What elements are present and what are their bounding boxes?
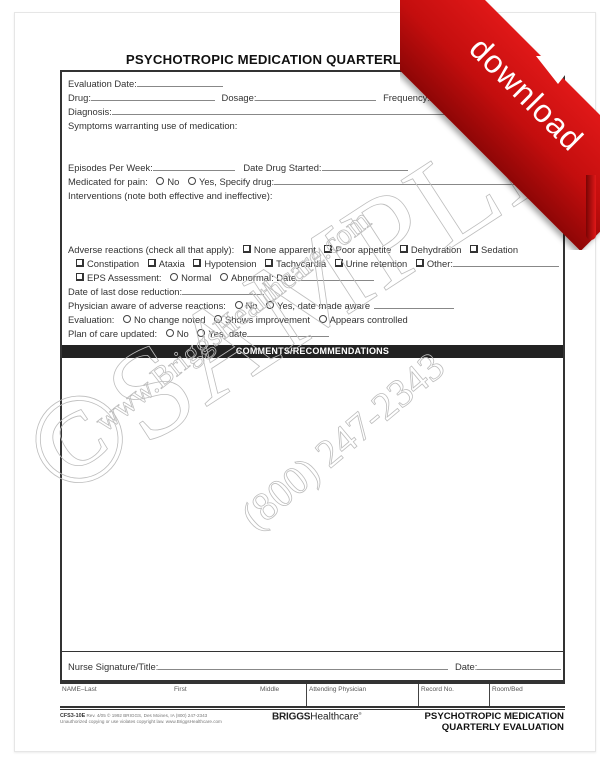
date-started-label: Date Drug Started: <box>243 162 321 173</box>
plan-yes-radio[interactable] <box>197 329 205 337</box>
adverse-checkbox[interactable] <box>324 245 332 253</box>
adverse-other-field[interactable] <box>453 258 559 267</box>
signature-divider <box>62 651 563 652</box>
last-dose-field[interactable] <box>182 286 264 295</box>
physician-row: Physician aware of adverse reactions: No… <box>68 300 454 311</box>
adverse-checkbox[interactable] <box>265 259 273 267</box>
evaluation-radio[interactable] <box>319 315 327 323</box>
diagnosis-label: Diagnosis: <box>68 106 112 117</box>
adverse-checkbox[interactable] <box>243 245 251 253</box>
dosage-field[interactable] <box>256 92 376 101</box>
evaluation-date-field[interactable] <box>137 78 223 87</box>
nurse-signature-row: Nurse Signature/Title: Date: <box>68 661 561 672</box>
footer-rule <box>60 706 565 708</box>
footer-fineprint: CFS3-10E Rev. 4/05 © 1992 BRIGGS, Des Mo… <box>60 713 222 725</box>
drug-label: Drug: <box>68 92 91 103</box>
physician-yes-radio[interactable] <box>266 301 274 309</box>
name-middle-label: Middle <box>260 686 279 693</box>
adverse-checkbox[interactable] <box>193 259 201 267</box>
adverse-checkbox[interactable] <box>76 259 84 267</box>
pain-yes-radio[interactable] <box>188 177 196 185</box>
logo-light: Healthcare <box>310 711 358 722</box>
physician-no-label: No <box>246 300 258 311</box>
adverse-option: Constipation <box>87 258 139 269</box>
copyright-notice: Unauthorized copying or use violates cop… <box>60 719 222 724</box>
physician-yes-label: Yes, date made aware <box>277 300 370 311</box>
column-divider <box>306 684 307 706</box>
form-revision: Rev. 4/05 © 1992 BRIGGS, Des Moines, IA … <box>86 713 207 718</box>
evaluation-date-label: Evaluation Date: <box>68 78 137 89</box>
evaluation-row: Evaluation: No change noted Shows improv… <box>68 314 408 325</box>
adverse-option: None apparent <box>254 244 316 255</box>
adverse-option: Other: <box>427 258 453 269</box>
adverse-option: Ataxia <box>159 258 185 269</box>
eps-row: EPS Assessment: Normal Abnormal: Date <box>70 272 374 283</box>
adverse-option: Urine retention <box>346 258 408 269</box>
column-divider <box>489 684 490 706</box>
plan-label: Plan of care updated: <box>68 328 157 339</box>
eps-label: EPS Assessment: <box>87 272 162 283</box>
pain-no-radio[interactable] <box>156 177 164 185</box>
comments-area[interactable] <box>62 358 563 650</box>
eps-normal-label: Normal <box>181 272 211 283</box>
name-first-label: First <box>174 686 187 693</box>
attending-physician-label: Attending Physician <box>309 686 366 693</box>
nurse-signature-field[interactable] <box>158 661 448 670</box>
eps-normal-radio[interactable] <box>170 273 178 281</box>
record-no-label: Record No. <box>421 686 454 693</box>
drug-field[interactable] <box>91 92 215 101</box>
eps-abnormal-radio[interactable] <box>220 273 228 281</box>
plan-no-label: No <box>177 328 189 339</box>
physician-label: Physician aware of adverse reactions: <box>68 300 226 311</box>
adverse-label: Adverse reactions (check all that apply)… <box>68 244 234 255</box>
last-dose-row: Date of last dose reduction: <box>68 286 264 297</box>
logo-bold: BRIGGS <box>272 711 310 722</box>
plan-yes-label: Yes, date <box>208 328 247 339</box>
adverse-option: Poor appetite <box>335 244 391 255</box>
plan-row: Plan of care updated: No Yes, date <box>68 328 329 339</box>
eps-abnormal-label: Abnormal: Date <box>231 272 296 283</box>
adverse-option: Hypotension <box>204 258 256 269</box>
adverse-checkbox[interactable] <box>148 259 156 267</box>
adverse-row-2: Constipation Ataxia Hypotension Tachycar… <box>70 258 559 269</box>
pain-no-label: No <box>167 176 179 187</box>
evaluation-label: Evaluation: <box>68 314 114 325</box>
evaluation-option: Appears controlled <box>330 314 408 325</box>
interventions-label: Interventions (note both effective and i… <box>68 190 272 201</box>
patient-name-row: NAME–Last First Middle Attending Physici… <box>60 682 565 708</box>
plan-date-field[interactable] <box>247 328 329 337</box>
episodes-label: Episodes Per Week: <box>68 162 153 173</box>
adverse-option: Tachycardia <box>276 258 326 269</box>
adverse-checkbox[interactable] <box>416 259 424 267</box>
physician-date-field[interactable] <box>374 300 454 309</box>
column-divider <box>418 684 419 706</box>
episodes-field[interactable] <box>153 162 235 171</box>
date-started-field[interactable] <box>322 162 408 171</box>
adverse-checkbox[interactable] <box>335 259 343 267</box>
download-ribbon[interactable]: download <box>400 0 600 250</box>
comments-header: COMMENTS/RECOMMENDATIONS <box>62 345 563 358</box>
evaluation-option: No change noted <box>134 314 205 325</box>
dosage-label: Dosage: <box>222 92 257 103</box>
briggs-logo: BRIGGSHealthcare® <box>272 711 362 722</box>
nurse-signature-label: Nurse Signature/Title: <box>68 661 158 672</box>
evaluation-date-row: Evaluation Date: <box>68 78 223 89</box>
evaluation-radio[interactable] <box>214 315 222 323</box>
physician-no-radio[interactable] <box>235 301 243 309</box>
download-arrow-icon <box>536 26 580 86</box>
footer-title-line1: PSYCHOTROPIC MEDICATION <box>425 712 564 723</box>
last-dose-label: Date of last dose reduction: <box>68 286 182 297</box>
name-last-label: NAME–Last <box>62 686 97 693</box>
nurse-date-label: Date: <box>455 661 477 672</box>
plan-no-radio[interactable] <box>166 329 174 337</box>
footer-title-line2: QUARTERLY EVALUATION <box>425 723 564 734</box>
pain-yes-label: Yes, Specify drug: <box>199 176 274 187</box>
eps-date-field[interactable] <box>296 272 374 281</box>
symptoms-label: Symptoms warranting use of medication: <box>68 120 237 131</box>
evaluation-option: Shows improvement <box>225 314 310 325</box>
eps-checkbox[interactable] <box>76 273 84 281</box>
episodes-row: Episodes Per Week: Date Drug Started: <box>68 162 408 173</box>
room-bed-label: Room/Bed <box>492 686 523 693</box>
footer-rule <box>60 709 565 710</box>
evaluation-radio[interactable] <box>123 315 131 323</box>
footer-title: PSYCHOTROPIC MEDICATION QUARTERLY EVALUA… <box>425 712 564 733</box>
pain-label: Medicated for pain: <box>68 176 148 187</box>
nurse-date-field[interactable] <box>477 661 561 670</box>
